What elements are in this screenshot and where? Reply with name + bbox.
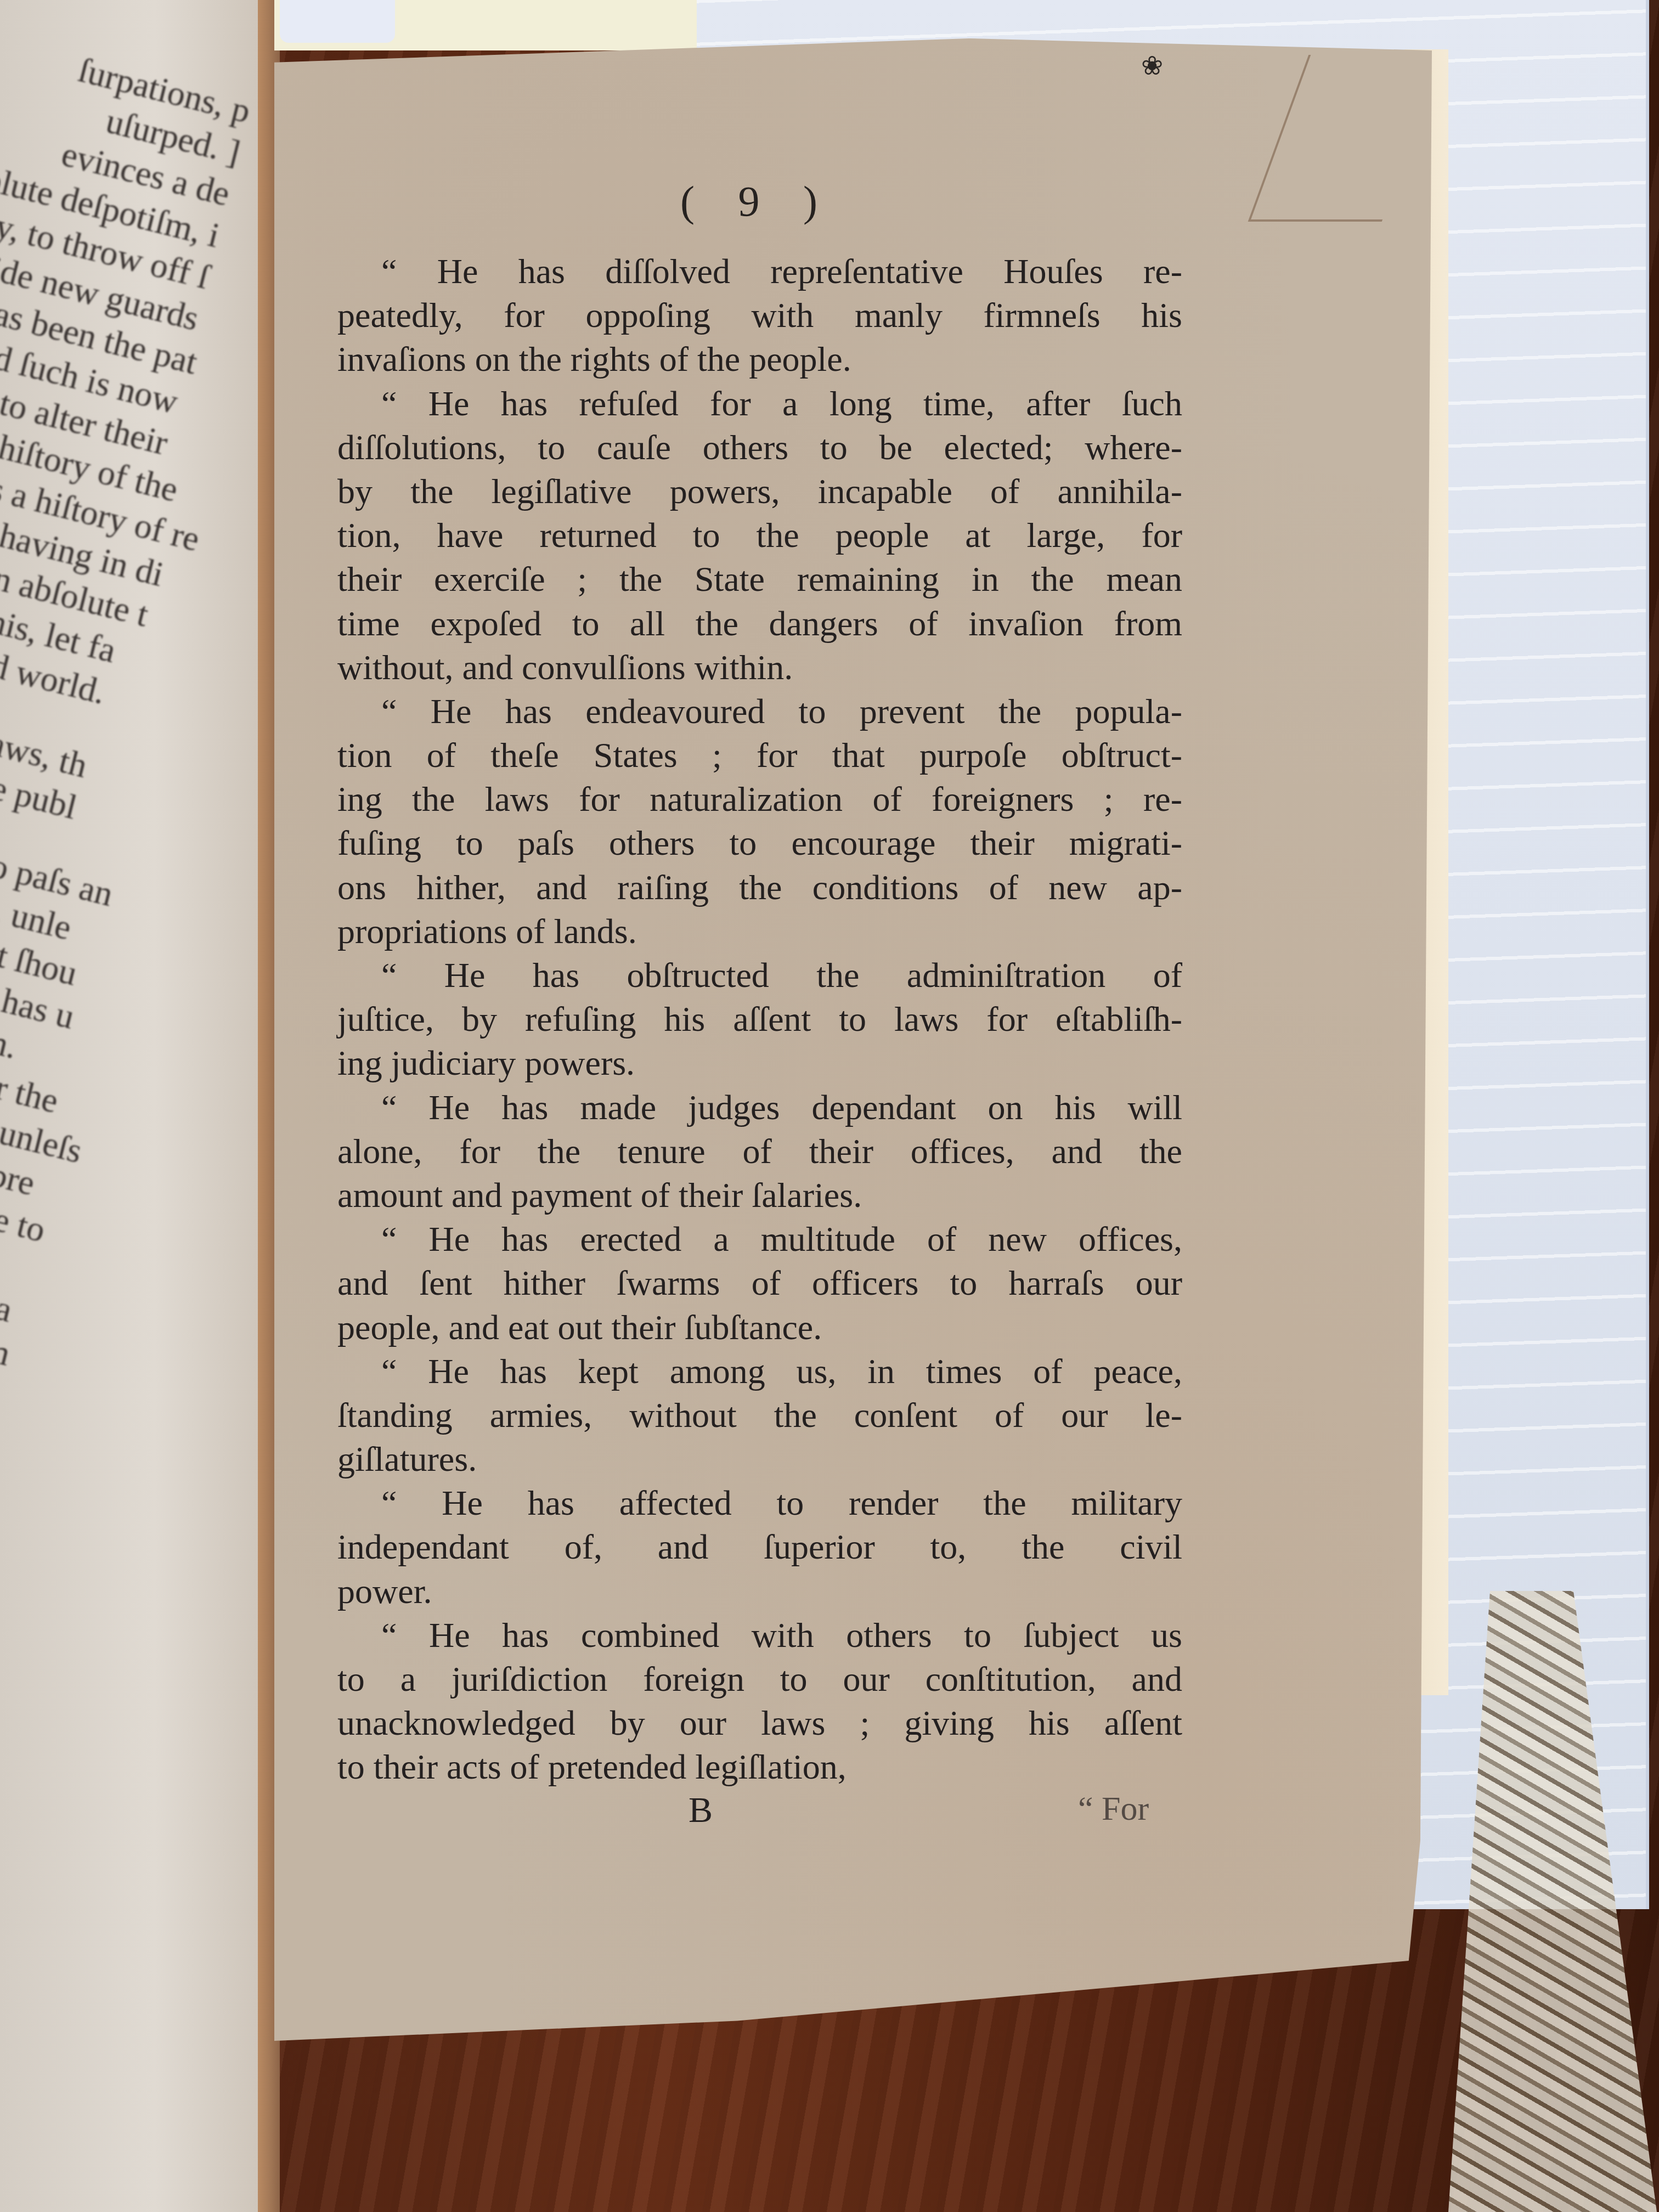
text-line: fuſing to paſs others to encourage their…: [337, 821, 1182, 865]
text-line: without, and convulſions within.: [337, 646, 1182, 690]
text-line: unacknowledged by our laws ; giving his …: [337, 1701, 1182, 1745]
text-line: to their acts of pretended legiſlation,: [337, 1745, 1182, 1789]
text-line: “ He has made judges dependant on his wi…: [337, 1086, 1182, 1130]
text-line: ſtanding armies, without the conſent of …: [337, 1393, 1182, 1437]
text-line: independant of, and ſuperior to, the civ…: [337, 1525, 1182, 1569]
text-line: peatedly, for oppoſing with manly firmne…: [337, 294, 1182, 337]
text-line: tion, have returned to the people at lar…: [337, 513, 1182, 557]
text-line: people, and eat out their ſubſtance.: [337, 1306, 1182, 1350]
text-line: “ He has erected a multitude of new offi…: [337, 1217, 1182, 1261]
text-line: and ſent hither ſwarms of officers to ha…: [337, 1261, 1182, 1305]
text-line: “ He has kept among us, in times of peac…: [337, 1350, 1182, 1393]
signature-mark: B: [689, 1790, 713, 1831]
text-line: “ He has diſſolved repreſentative Houſes…: [337, 250, 1182, 294]
text-line: time expoſed to all the dangers of invaſ…: [337, 602, 1182, 646]
text-line: their exerciſe ; the State remaining in …: [337, 557, 1182, 601]
text-line: juſtice, by refuſing his aſſent to laws …: [337, 997, 1182, 1041]
text-line: by the legiſlative powers, incapable of …: [337, 470, 1182, 513]
text-line: diſſolutions, to cauſe others to be elec…: [337, 426, 1182, 470]
page-number: ( 9 ): [680, 177, 834, 226]
text-line: giſlatures.: [337, 1437, 1182, 1481]
text-line: invaſions on the rights of the people.: [337, 337, 1182, 381]
text-line: “ He has refuſed for a long time, after …: [337, 382, 1182, 426]
text-line: ing the laws for naturalization of forei…: [337, 777, 1182, 821]
text-line: propriations of lands.: [337, 910, 1182, 953]
facing-page-text: ſurpations, puſurped. ]evinces a deabſol…: [0, 22, 255, 1483]
facing-page: ſurpations, puſurped. ]evinces a deabſol…: [0, 0, 258, 2212]
text-line: tion of theſe States ; for that purpoſe …: [337, 733, 1182, 777]
catchword: “ For: [1078, 1790, 1149, 1829]
text-line: ons hither, and raiſing the conditions o…: [337, 866, 1182, 910]
text-line: alone, for the tenure of their offices, …: [337, 1130, 1182, 1173]
blue-tab: [280, 0, 395, 43]
text-line: to a juriſdiction foreign to our conſtit…: [337, 1657, 1182, 1701]
text-line: ing judiciary powers.: [337, 1041, 1182, 1085]
text-line: amount and payment of their ſalaries.: [337, 1173, 1182, 1217]
text-line: “ He has obſtructed the adminiſtration o…: [337, 953, 1182, 997]
text-line: “ He has combined with others to ſubject…: [337, 1613, 1182, 1657]
grievances-text: “ He has diſſolved repreſentative Houſes…: [337, 250, 1182, 1790]
text-line: “ He has endeavoured to prevent the popu…: [337, 690, 1182, 733]
ink-blot-ornament: ❀: [1141, 50, 1163, 81]
text-line: “ He has affected to render the military: [337, 1481, 1182, 1525]
text-line: power.: [337, 1570, 1182, 1613]
